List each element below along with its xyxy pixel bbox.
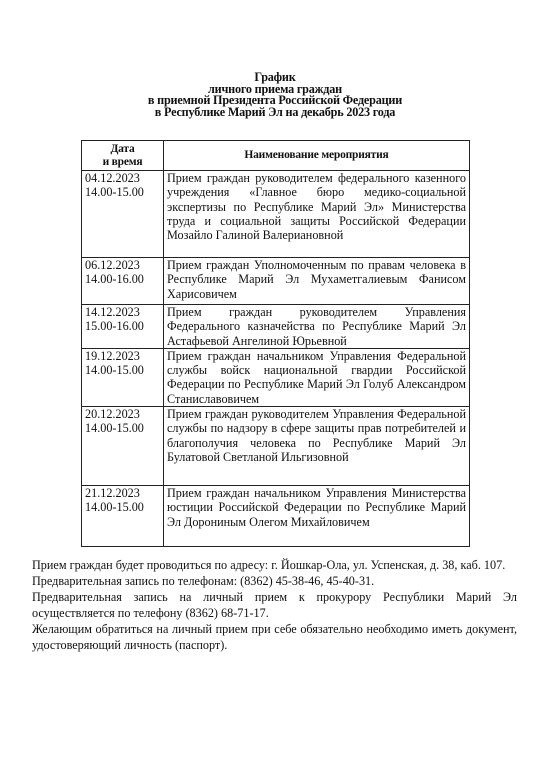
footer-notes: Прием граждан будет проводиться по адрес…: [32, 557, 517, 653]
date-time-cell: 04.12.202314.00-15.00: [82, 171, 164, 258]
event-date: 21.12.2023: [85, 486, 160, 500]
date-time-cell: 20.12.202314.00-15.00: [82, 407, 164, 486]
schedule-table: Дата и время Наименование мероприятия 04…: [81, 140, 470, 547]
table-row: 21.12.202314.00-15.00Прием граждан начал…: [82, 486, 470, 547]
event-date: 04.12.2023: [85, 171, 160, 185]
event-date: 20.12.2023: [85, 407, 160, 421]
event-time: 14.00-15.00: [85, 421, 160, 435]
header-event-name: Наименование мероприятия: [164, 141, 470, 171]
address-note: Прием граждан будет проводиться по адрес…: [32, 557, 517, 573]
event-time: 14.00-15.00: [85, 363, 160, 377]
date-time-cell: 19.12.202314.00-15.00: [82, 348, 164, 406]
table-row: 14.12.202315.00-16.00Прием граждан руков…: [82, 305, 470, 349]
header-date-time: Дата и время: [82, 141, 164, 171]
event-date: 14.12.2023: [85, 305, 160, 319]
title-line: в Республике Марий Эл на декабрь 2023 го…: [0, 107, 550, 119]
event-description: Прием граждан руководителем Управления Ф…: [164, 407, 470, 486]
table-row: 19.12.202314.00-15.00Прием граждан начал…: [82, 348, 470, 406]
date-time-cell: 06.12.202314.00-16.00: [82, 258, 164, 305]
event-date: 06.12.2023: [85, 258, 160, 272]
prosecutor-note: Предварительная запись на личный прием к…: [32, 589, 517, 621]
date-time-cell: 21.12.202314.00-15.00: [82, 486, 164, 547]
table-row: 04.12.202314.00-15.00Прием граждан руков…: [82, 171, 470, 258]
event-description: Прием граждан начальником Управления Мин…: [164, 486, 470, 547]
event-time: 15.00-16.00: [85, 319, 160, 333]
phone-note: Предварительная запись по телефонам: (83…: [32, 573, 517, 589]
event-description: Прием граждан руководителем Управления Ф…: [164, 305, 470, 349]
event-description: Прием граждан руководителем федерального…: [164, 171, 470, 258]
table-row: 20.12.202314.00-15.00Прием граждан руков…: [82, 407, 470, 486]
table-header-row: Дата и время Наименование мероприятия: [82, 141, 470, 171]
header-time-label: и время: [85, 156, 160, 169]
header-date-label: Дата: [85, 143, 160, 156]
table-row: 06.12.202314.00-16.00Прием граждан Уполн…: [82, 258, 470, 305]
event-description: Прием граждан Уполномоченным по правам ч…: [164, 258, 470, 305]
document-title: График личного приема граждан в приемной…: [0, 72, 550, 118]
date-time-cell: 14.12.202315.00-16.00: [82, 305, 164, 349]
event-time: 14.00-16.00: [85, 272, 160, 286]
event-time: 14.00-15.00: [85, 500, 160, 514]
event-description: Прием граждан начальником Управления Фед…: [164, 348, 470, 406]
event-date: 19.12.2023: [85, 349, 160, 363]
documents-note: Желающим обратиться на личный прием при …: [32, 621, 517, 653]
event-time: 14.00-15.00: [85, 185, 160, 199]
